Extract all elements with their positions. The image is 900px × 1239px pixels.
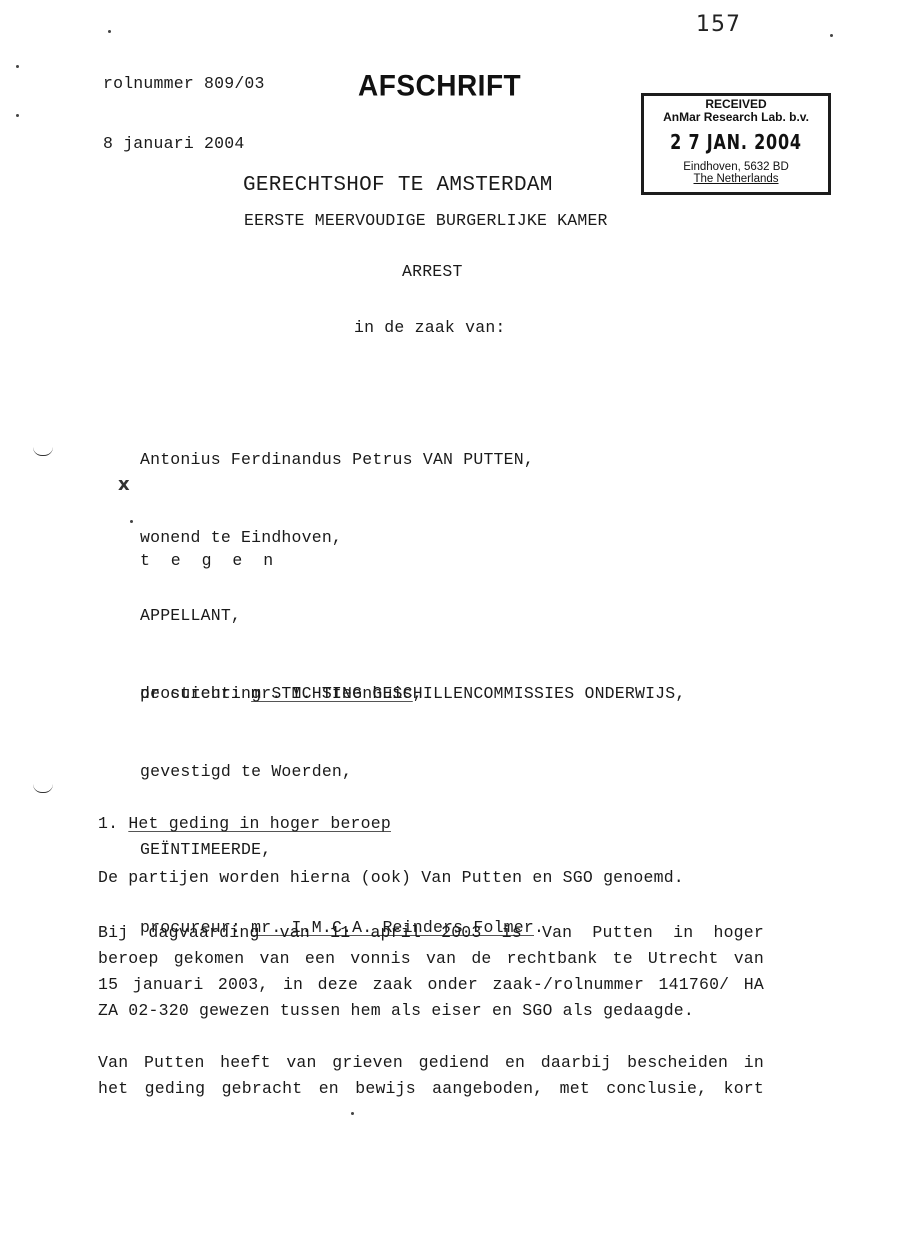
received-stamp-date: 2 7 JAN. 2004 <box>662 131 809 153</box>
received-stamp-country: The Netherlands <box>644 173 828 185</box>
afschrift-stamp: AFSCHRIFT <box>358 69 521 103</box>
respondent-name: de stichting STICHTING GESCHILLENCOMMISS… <box>140 681 686 707</box>
text-line: het geding gebracht en bewijs aangeboden… <box>98 1076 764 1102</box>
case-intro: in de zaak van: <box>354 318 506 337</box>
versus-label: t e g e n <box>140 551 279 570</box>
paragraph-parties: De partijen worden hierna (ook) Van Putt… <box>98 868 684 887</box>
section-title: Het geding in hoger beroep <box>128 814 391 833</box>
paragraph-summons: Bij dagvaarding van 11 april 2003 is Van… <box>98 920 764 1024</box>
text-line: Van Putten heeft van grieven gediend en … <box>98 1050 764 1076</box>
scan-speck <box>16 65 19 68</box>
document-date: 8 januari 2004 <box>103 134 265 154</box>
margin-check-mark-icon: x <box>118 474 130 495</box>
respondent-seat: gevestigd te Woerden, <box>140 759 686 785</box>
respondent-role: GEÏNTIMEERDE, <box>140 837 686 863</box>
section-heading: 1. Het geding in hoger beroep <box>98 814 391 833</box>
text-line: 15 januari 2003, in deze zaak onder zaak… <box>98 972 764 998</box>
appellant-residence: wonend te Eindhoven, <box>140 525 534 551</box>
scan-speck <box>16 114 19 117</box>
received-stamp: RECEIVED AnMar Research Lab. b.v. 2 7 JA… <box>641 93 831 195</box>
case-reference: rolnummer 809/03 8 januari 2004 <box>103 34 265 174</box>
appellant-role: APPELLANT, <box>140 603 534 629</box>
scan-speck <box>830 34 833 37</box>
document-type: ARREST <box>402 262 463 281</box>
section-number: 1. <box>98 814 128 833</box>
court-name: GERECHTSHOF TE AMSTERDAM <box>243 174 553 197</box>
margin-punch-mark-icon <box>33 447 53 456</box>
text-line: ZA 02-320 gewezen tussen hem als eiser e… <box>98 998 764 1024</box>
appellant-name: Antonius Ferdinandus Petrus VAN PUTTEN, <box>140 447 534 473</box>
received-stamp-address: Eindhoven, 5632 BD <box>644 161 828 173</box>
received-stamp-organization: AnMar Research Lab. b.v. <box>644 111 828 124</box>
court-chamber: EERSTE MEERVOUDIGE BURGERLIJKE KAMER <box>244 211 608 230</box>
handwritten-page-number: 157 <box>696 12 741 37</box>
scan-speck <box>108 30 111 33</box>
text-line: Bij dagvaarding van 11 april 2003 is Van… <box>98 920 764 946</box>
margin-punch-mark-icon <box>33 784 53 793</box>
respondent-block: de stichting STICHTING GESCHILLENCOMMISS… <box>140 629 686 967</box>
rolnummer: rolnummer 809/03 <box>103 74 265 94</box>
paragraph-grievances: Van Putten heeft van grieven gediend en … <box>98 1050 764 1102</box>
scan-speck <box>130 520 133 523</box>
text-line: beroep gekomen van een vonnis van de rec… <box>98 946 764 972</box>
scan-speck <box>351 1112 354 1115</box>
